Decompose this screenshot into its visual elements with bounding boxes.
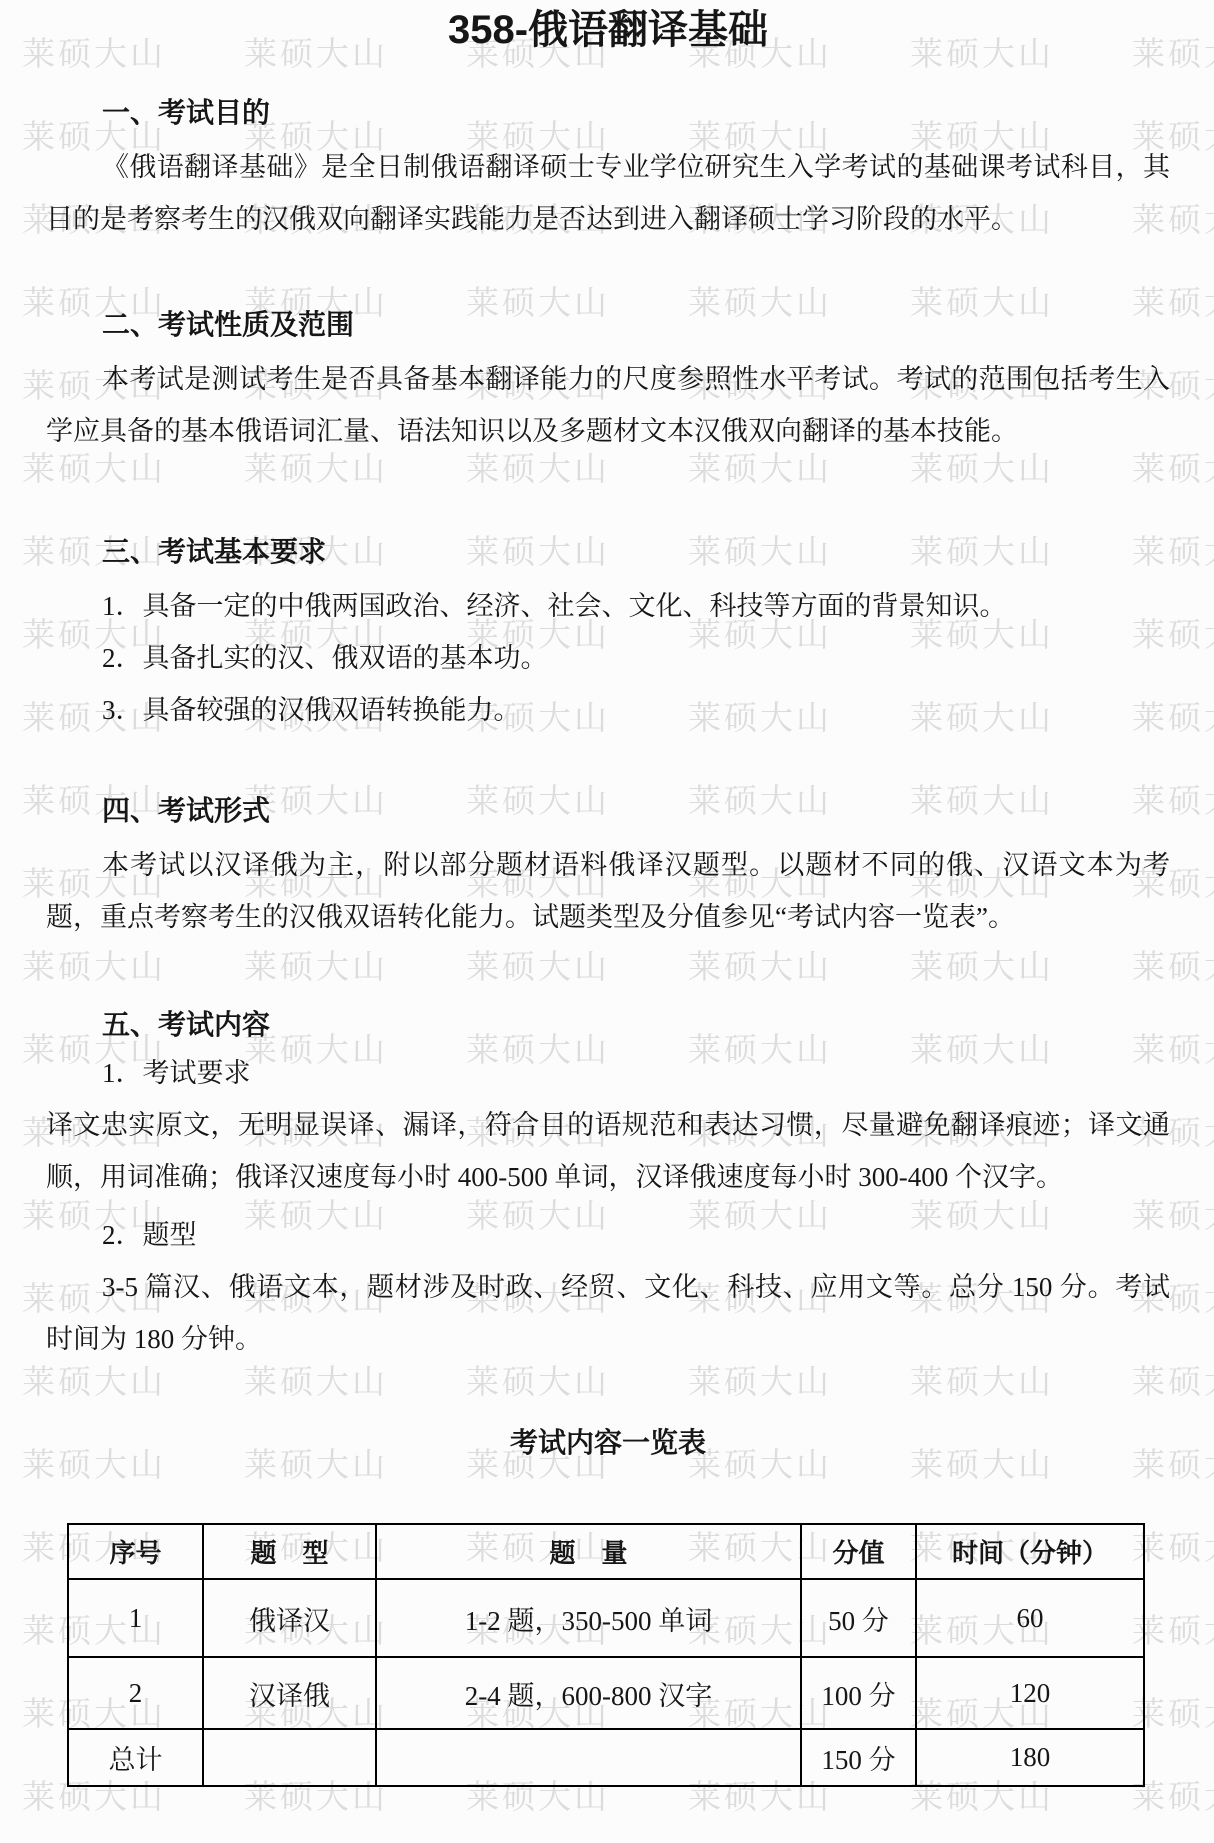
subsection-2-paragraph: 3-5 篇汉、俄语文本，题材涉及时政、经贸、文化、科技、应用文等。总分 150 … [46, 1261, 1170, 1365]
header-cell-score: 分值 [801, 1524, 916, 1579]
cell-type [203, 1729, 376, 1786]
section-4-paragraph: 本考试以汉译俄为主，附以部分题材语料俄译汉题型。以题材不同的俄、汉语文本为考题，… [46, 839, 1170, 943]
requirements-list: 1．具备一定的中俄两国政治、经济、社会、文化、科技等方面的背景知识。 2．具备扎… [46, 580, 1170, 736]
header-cell-number: 序号 [68, 1524, 203, 1579]
header-cell-time: 时间（分钟） [916, 1524, 1144, 1579]
table-row: 1 俄译汉 1-2 题，350-500 单词 50 分 60 [68, 1579, 1144, 1657]
subsection-2-label: 2．题型 [102, 1209, 1170, 1261]
list-item: 3．具备较强的汉俄双语转换能力。 [102, 684, 1170, 736]
list-item: 2．具备扎实的汉、俄双语的基本功。 [102, 632, 1170, 684]
cell-time: 120 [916, 1657, 1144, 1729]
cell-number: 2 [68, 1657, 203, 1729]
exam-content-table: 序号 题 型 题 量 分值 时间（分钟） 1 俄译汉 1-2 题，350-500… [67, 1523, 1145, 1787]
cell-score: 150 分 [801, 1729, 916, 1786]
cell-type: 汉译俄 [203, 1657, 376, 1729]
section-1-paragraph: 《俄语翻译基础》是全日制俄语翻译硕士专业学位研究生入学考试的基础课考试科目，其目… [46, 141, 1170, 245]
document-content: 358-俄语翻译基础 一、考试目的 《俄语翻译基础》是全日制俄语翻译硕士专业学位… [0, 0, 1214, 1787]
section-4-heading: 四、考试形式 [102, 791, 1170, 831]
cell-time: 180 [916, 1729, 1144, 1786]
cell-score: 100 分 [801, 1657, 916, 1729]
cell-number: 1 [68, 1579, 203, 1657]
header-cell-quantity: 题 量 [376, 1524, 801, 1579]
section-3-heading: 三、考试基本要求 [102, 532, 1170, 572]
cell-type: 俄译汉 [203, 1579, 376, 1657]
section-1-heading: 一、考试目的 [102, 93, 1170, 133]
table-header-row: 序号 题 型 题 量 分值 时间（分钟） [68, 1524, 1144, 1579]
section-2-paragraph: 本考试是测试考生是否具备基本翻译能力的尺度参照性水平考试。考试的范围包括考生入学… [46, 353, 1170, 457]
cell-number: 总计 [68, 1729, 203, 1786]
cell-quantity: 2-4 题，600-800 汉字 [376, 1657, 801, 1729]
cell-score: 50 分 [801, 1579, 916, 1657]
document-page: 莱硕大山莱硕大山莱硕大山莱硕大山莱硕大山莱硕大山莱硕大山莱硕大山莱硕大山莱硕大山… [0, 0, 1214, 1843]
section-5-heading: 五、考试内容 [102, 1005, 1170, 1045]
subsection-1-paragraph: 译文忠实原文，无明显误译、漏译，符合目的语规范和表达习惯，尽量避免翻译痕迹；译文… [46, 1099, 1170, 1203]
cell-quantity [376, 1729, 801, 1786]
section-2-heading: 二、考试性质及范围 [102, 305, 1170, 345]
table-row: 总计 150 分 180 [68, 1729, 1144, 1786]
table-row: 2 汉译俄 2-4 题，600-800 汉字 100 分 120 [68, 1657, 1144, 1729]
cell-time: 60 [916, 1579, 1144, 1657]
list-item: 1．具备一定的中俄两国政治、经济、社会、文化、科技等方面的背景知识。 [102, 580, 1170, 632]
table-title: 考试内容一览表 [46, 1417, 1170, 1469]
header-cell-type: 题 型 [203, 1524, 376, 1579]
cell-quantity: 1-2 题，350-500 单词 [376, 1579, 801, 1657]
page-title: 358-俄语翻译基础 [46, 0, 1170, 52]
subsection-1-label: 1．考试要求 [102, 1047, 1170, 1099]
